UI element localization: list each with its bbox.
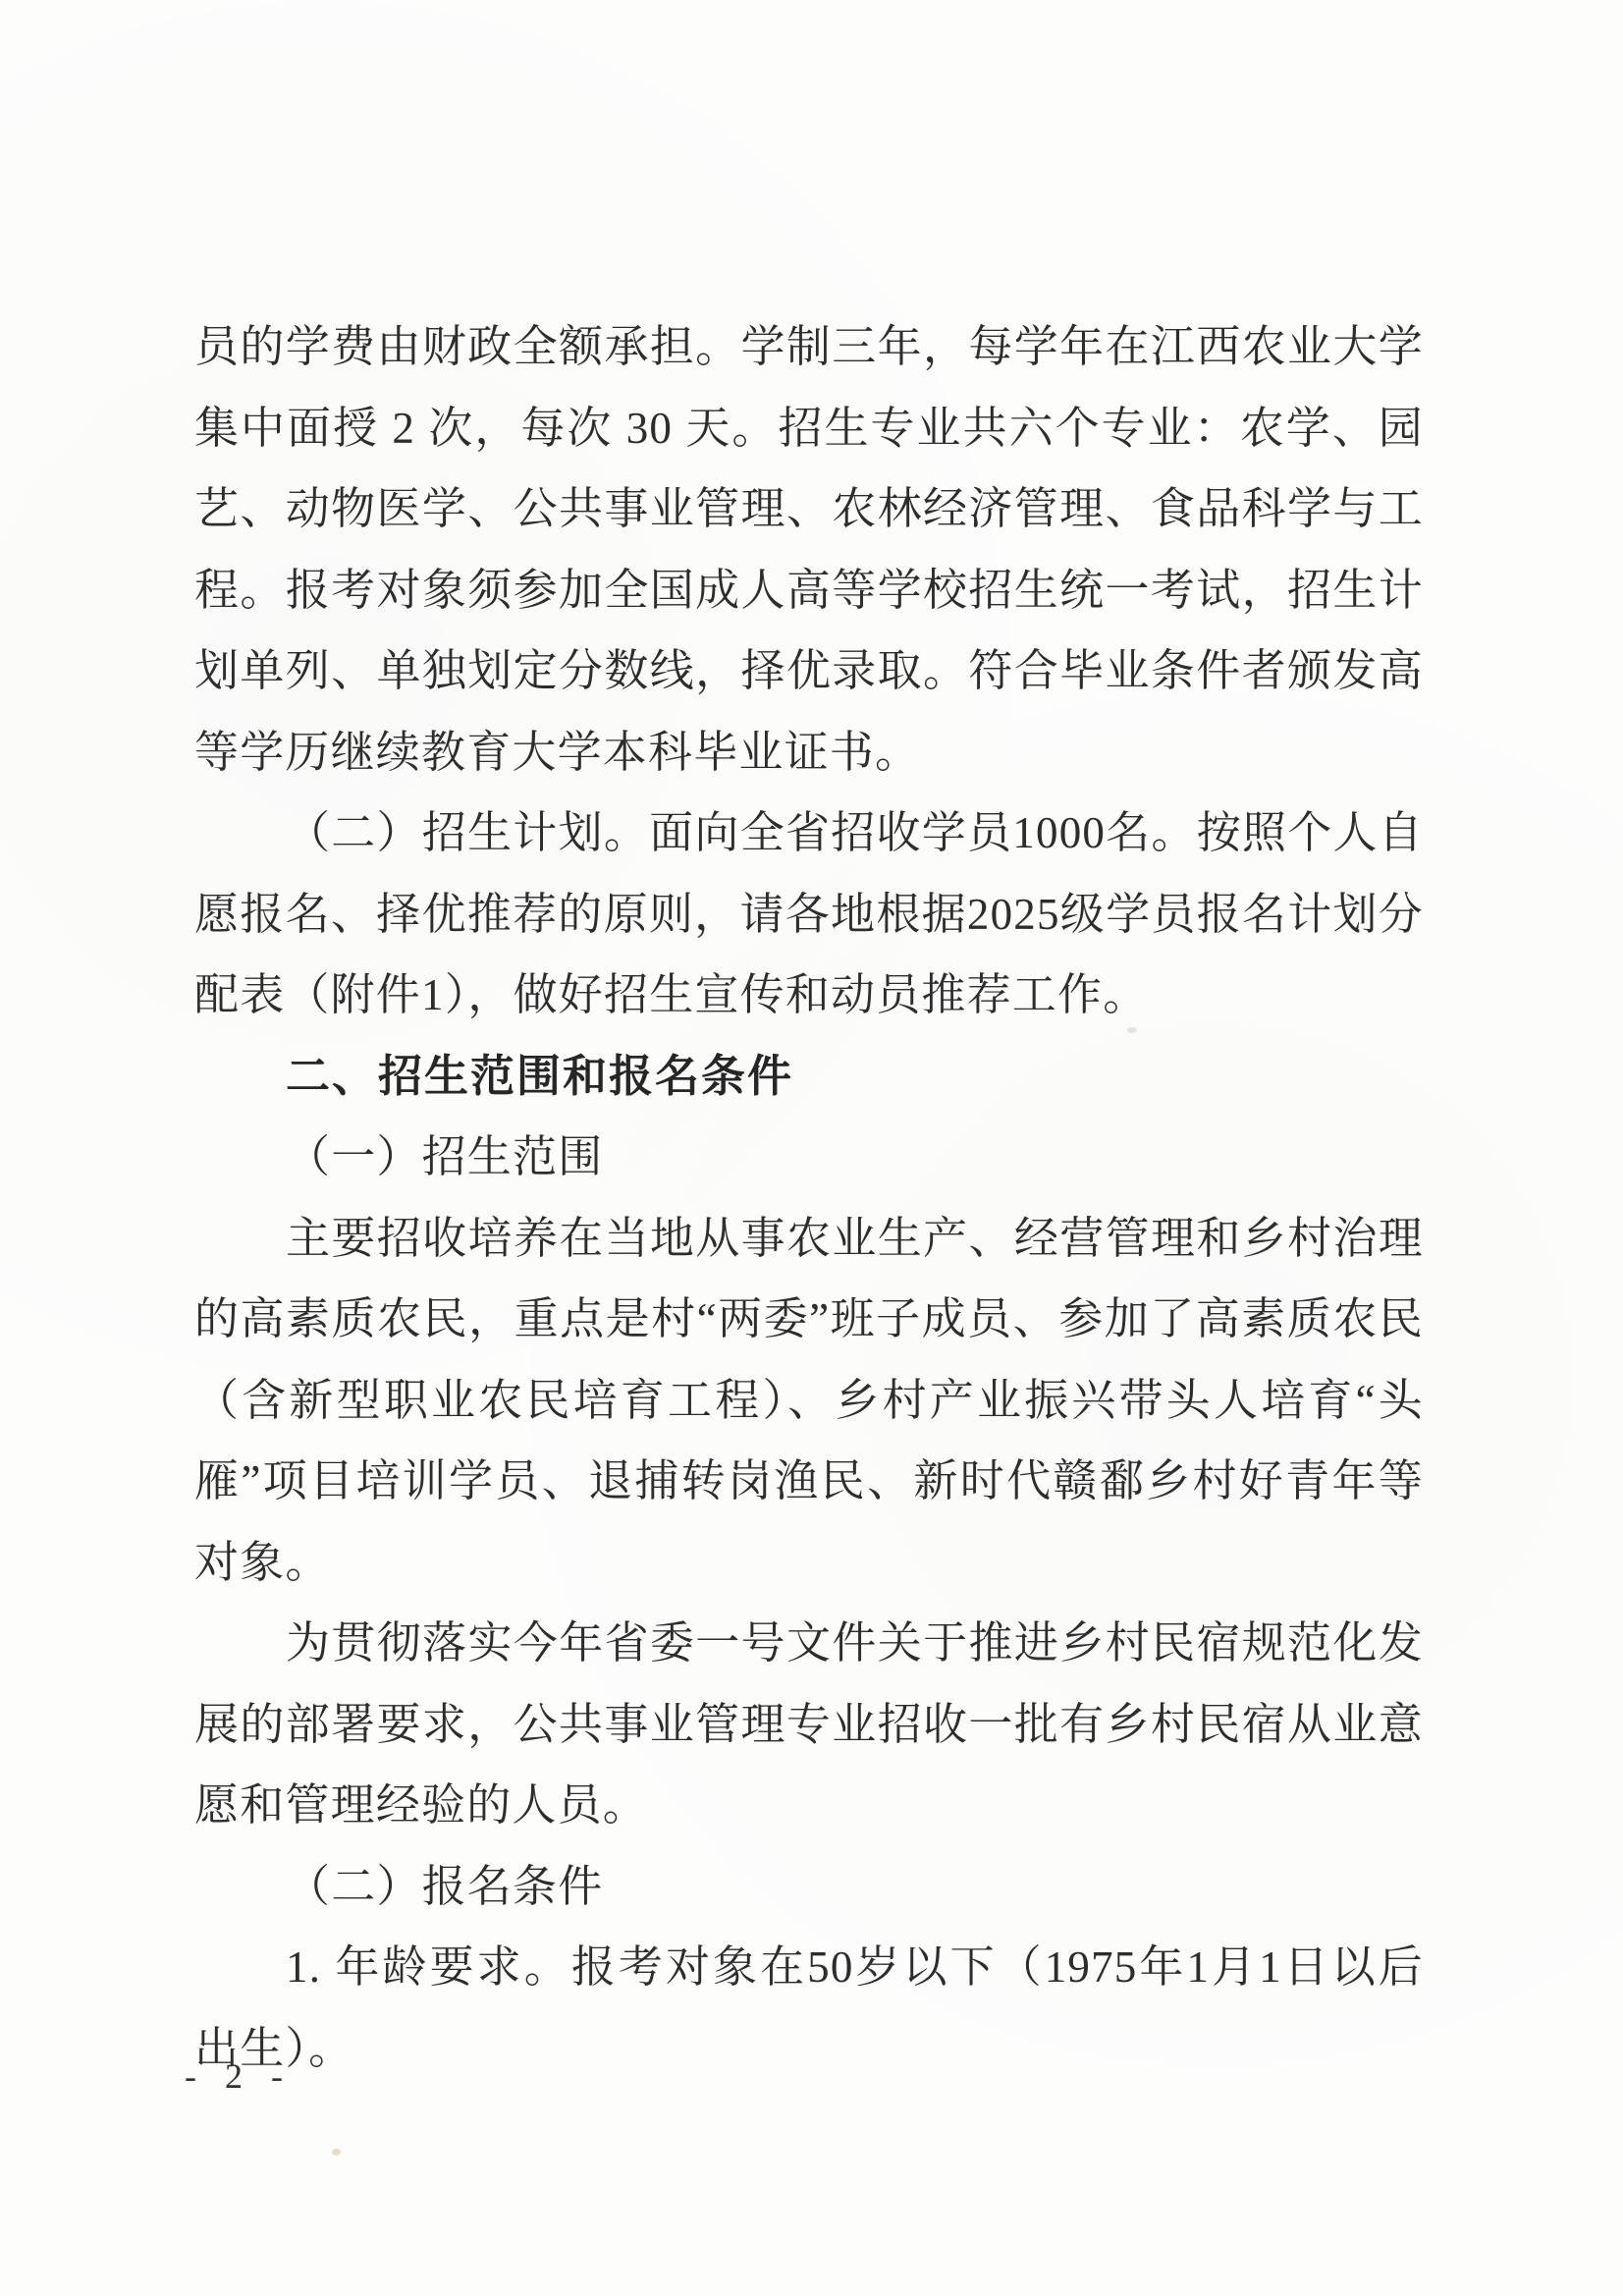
scan-artifact-smudge xyxy=(1127,1027,1137,1033)
paragraph-homestay-policy: 为贯彻落实今年省委一号文件关于推进乡村民宿规范化发展的部署要求，公共事业管理专业… xyxy=(194,1603,1424,1846)
document-body: 员的学费由财政全额承担。学制三年，每学年在江西农业大学集中面授 2 次，每次 3… xyxy=(194,306,1424,2089)
paragraph-enrollment-plan: （二）招生计划。面向全省招收学员1000名。按照个人自愿报名、择优推荐的原则，请… xyxy=(194,793,1424,1036)
scan-artifact-speck xyxy=(332,2149,341,2156)
page-number: - 2 - xyxy=(185,2055,293,2097)
paragraph-age-requirement: 1. 年龄要求。报考对象在50岁以下（1975年1月1日以后出生）。 xyxy=(194,1927,1424,2089)
subsection-heading-application-conditions: （二）报名条件 xyxy=(194,1846,1424,1928)
paragraph-target-recruits: 主要招收培养在当地从事农业生产、经营管理和乡村治理的高素质农民，重点是村“两委”… xyxy=(194,1198,1424,1604)
document-page: 员的学费由财政全额承担。学制三年，每学年在江西农业大学集中面授 2 次，每次 3… xyxy=(0,0,1623,2296)
subsection-heading-enrollment-scope: （一）招生范围 xyxy=(194,1117,1424,1198)
paragraph-tuition-continuation: 员的学费由财政全额承担。学制三年，每学年在江西农业大学集中面授 2 次，每次 3… xyxy=(194,306,1424,793)
section-heading-scope-and-conditions: 二、招生范围和报名条件 xyxy=(194,1036,1424,1118)
